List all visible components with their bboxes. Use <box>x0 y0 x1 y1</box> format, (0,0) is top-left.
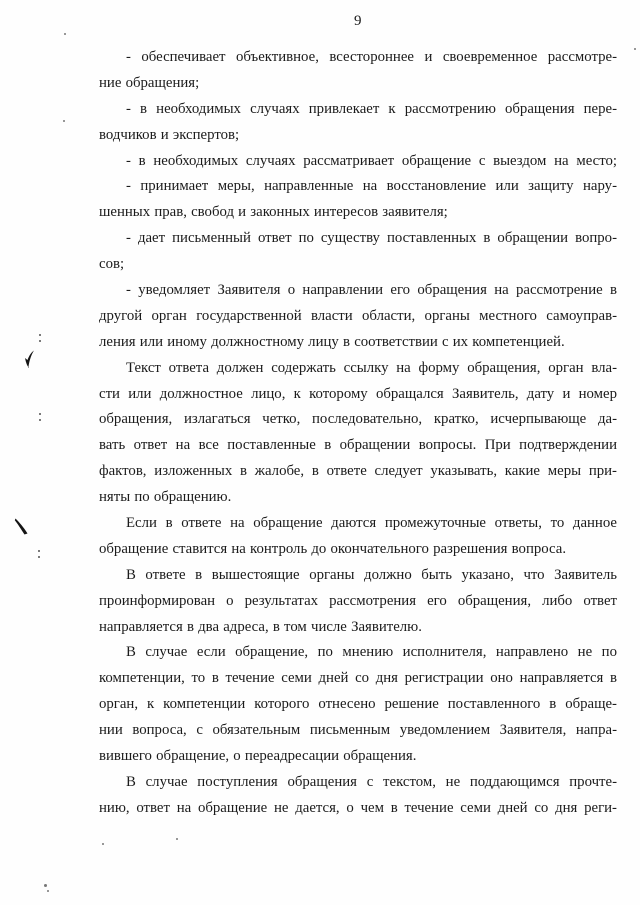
text-line: вившего обращение, о переадресации обращ… <box>99 744 617 770</box>
ink-mark-stroke-icon <box>14 517 30 536</box>
paragraph: В случае поступления обращения с текстом… <box>99 770 617 822</box>
text-line: няты по обращению. <box>99 485 617 511</box>
text-line: - дает письменный ответ по существу пост… <box>99 226 617 252</box>
text-line: вать ответ на все поставленные в обращен… <box>99 433 617 459</box>
text-line: В ответе в вышестоящие органы должно быт… <box>99 563 617 589</box>
paragraph: - в необходимых случаях привлекает к рас… <box>99 97 617 149</box>
text-line: фактов, изложенных в жалобе, в ответе сл… <box>99 459 617 485</box>
text-line: направляется в два адреса, в том числе З… <box>99 615 617 641</box>
ink-mark-check-icon <box>22 349 36 368</box>
text-line: Текст ответа должен содержать ссылку на … <box>99 356 617 382</box>
paragraph: В случае если обращение, по мнению испол… <box>99 640 617 769</box>
speck-dot <box>634 48 636 50</box>
paragraph: - уведомляет Заявителя о направлении его… <box>99 278 617 356</box>
text-line: проинформирован о результатах рассмотрен… <box>99 589 617 615</box>
text-line: - обеспечивает объективное, всестороннее… <box>99 45 617 71</box>
text-line: водчиков и экспертов; <box>99 123 617 149</box>
speck-dot <box>102 843 104 845</box>
text-line: нию, ответ на обращение не дается, о чем… <box>99 796 617 822</box>
text-line: Если в ответе на обращение даются промеж… <box>99 511 617 537</box>
text-line: - в необходимых случаях привлекает к рас… <box>99 97 617 123</box>
paragraph: - дает письменный ответ по существу пост… <box>99 226 617 278</box>
speck-colon <box>39 413 42 422</box>
paragraph: Если в ответе на обращение даются промеж… <box>99 511 617 563</box>
text-line: сов; <box>99 252 617 278</box>
text-line: орган, к компетенции которого отнесено р… <box>99 692 617 718</box>
text-block: - обеспечивает объективное, всестороннее… <box>99 45 617 822</box>
text-line: В случае если обращение, по мнению испол… <box>99 640 617 666</box>
page-number: 9 <box>99 13 617 30</box>
text-line: шенных прав, свобод и законных интересов… <box>99 200 617 226</box>
text-line: обращение ставится на контроль до оконча… <box>99 537 617 563</box>
text-line: нии вопроса, с обязательным письменным у… <box>99 718 617 744</box>
text-line: - в необходимых случаях рассматривает об… <box>99 149 617 175</box>
speck-dot <box>47 890 49 892</box>
paragraph: - в необходимых случаях рассматривает об… <box>99 149 617 175</box>
speck-dot <box>64 33 66 35</box>
text-line: сти или должностное лицо, к которому обр… <box>99 382 617 408</box>
speck-colon <box>39 334 42 343</box>
paragraph: В ответе в вышестоящие органы должно быт… <box>99 563 617 641</box>
speck-dot <box>63 120 65 122</box>
speck-dot <box>44 884 47 887</box>
text-line: компетенции, то в течение семи дней со д… <box>99 666 617 692</box>
text-line: другой орган государственной власти обла… <box>99 304 617 330</box>
text-line: - принимает меры, направленные на восста… <box>99 174 617 200</box>
document-page: 9 - обеспечивает объективное, всесторонн… <box>0 0 640 905</box>
text-line: - уведомляет Заявителя о направлении его… <box>99 278 617 304</box>
paragraph: - обеспечивает объективное, всестороннее… <box>99 45 617 97</box>
text-line: В случае поступления обращения с текстом… <box>99 770 617 796</box>
text-line: ние обращения; <box>99 71 617 97</box>
speck-colon <box>38 550 41 559</box>
speck-dot <box>176 838 178 840</box>
text-line: ления или иному должностному лицу в соот… <box>99 330 617 356</box>
paragraph: - принимает меры, направленные на восста… <box>99 174 617 226</box>
paragraph: Текст ответа должен содержать ссылку на … <box>99 356 617 511</box>
text-line: обращения, излагаться четко, последовате… <box>99 407 617 433</box>
